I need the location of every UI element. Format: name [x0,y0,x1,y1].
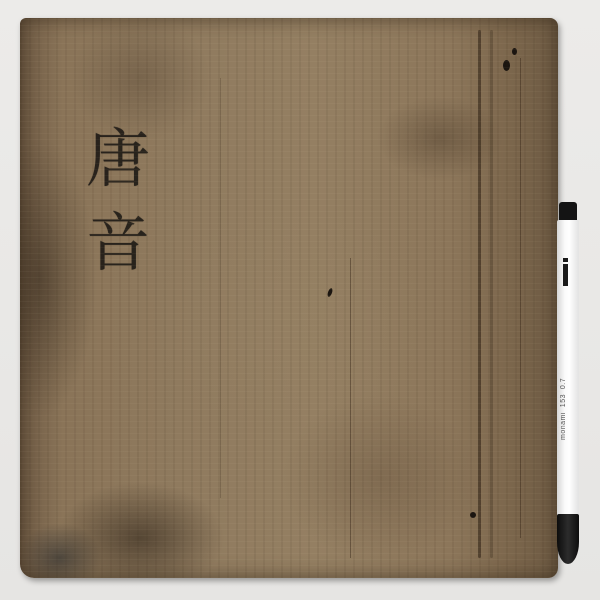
pen-brand: monami [560,412,567,440]
binding-line [478,30,481,558]
pen-body: monami 153 0.7 [557,220,579,518]
crease [220,78,221,498]
pen-model: 153 [560,394,567,407]
pen-clip-mark [563,258,568,262]
pen-tip [557,514,579,564]
pen-clip [563,264,568,286]
wormhole [327,288,334,298]
pen-label: monami 153 0.7 [560,340,574,440]
wormhole [512,48,517,55]
book-title: 唐 音 [78,118,158,338]
title-char: 唐 [78,118,158,202]
wormhole [470,512,476,518]
crease [350,258,351,558]
wormhole [503,60,510,71]
crease [520,58,521,538]
pen-size: 0.7 [560,378,567,389]
binding-line [490,30,493,558]
title-char: 音 [78,202,158,286]
book-cover: 唐 音 [20,18,558,578]
pen: monami 153 0.7 [557,202,579,564]
pen-top-cap [559,202,577,222]
